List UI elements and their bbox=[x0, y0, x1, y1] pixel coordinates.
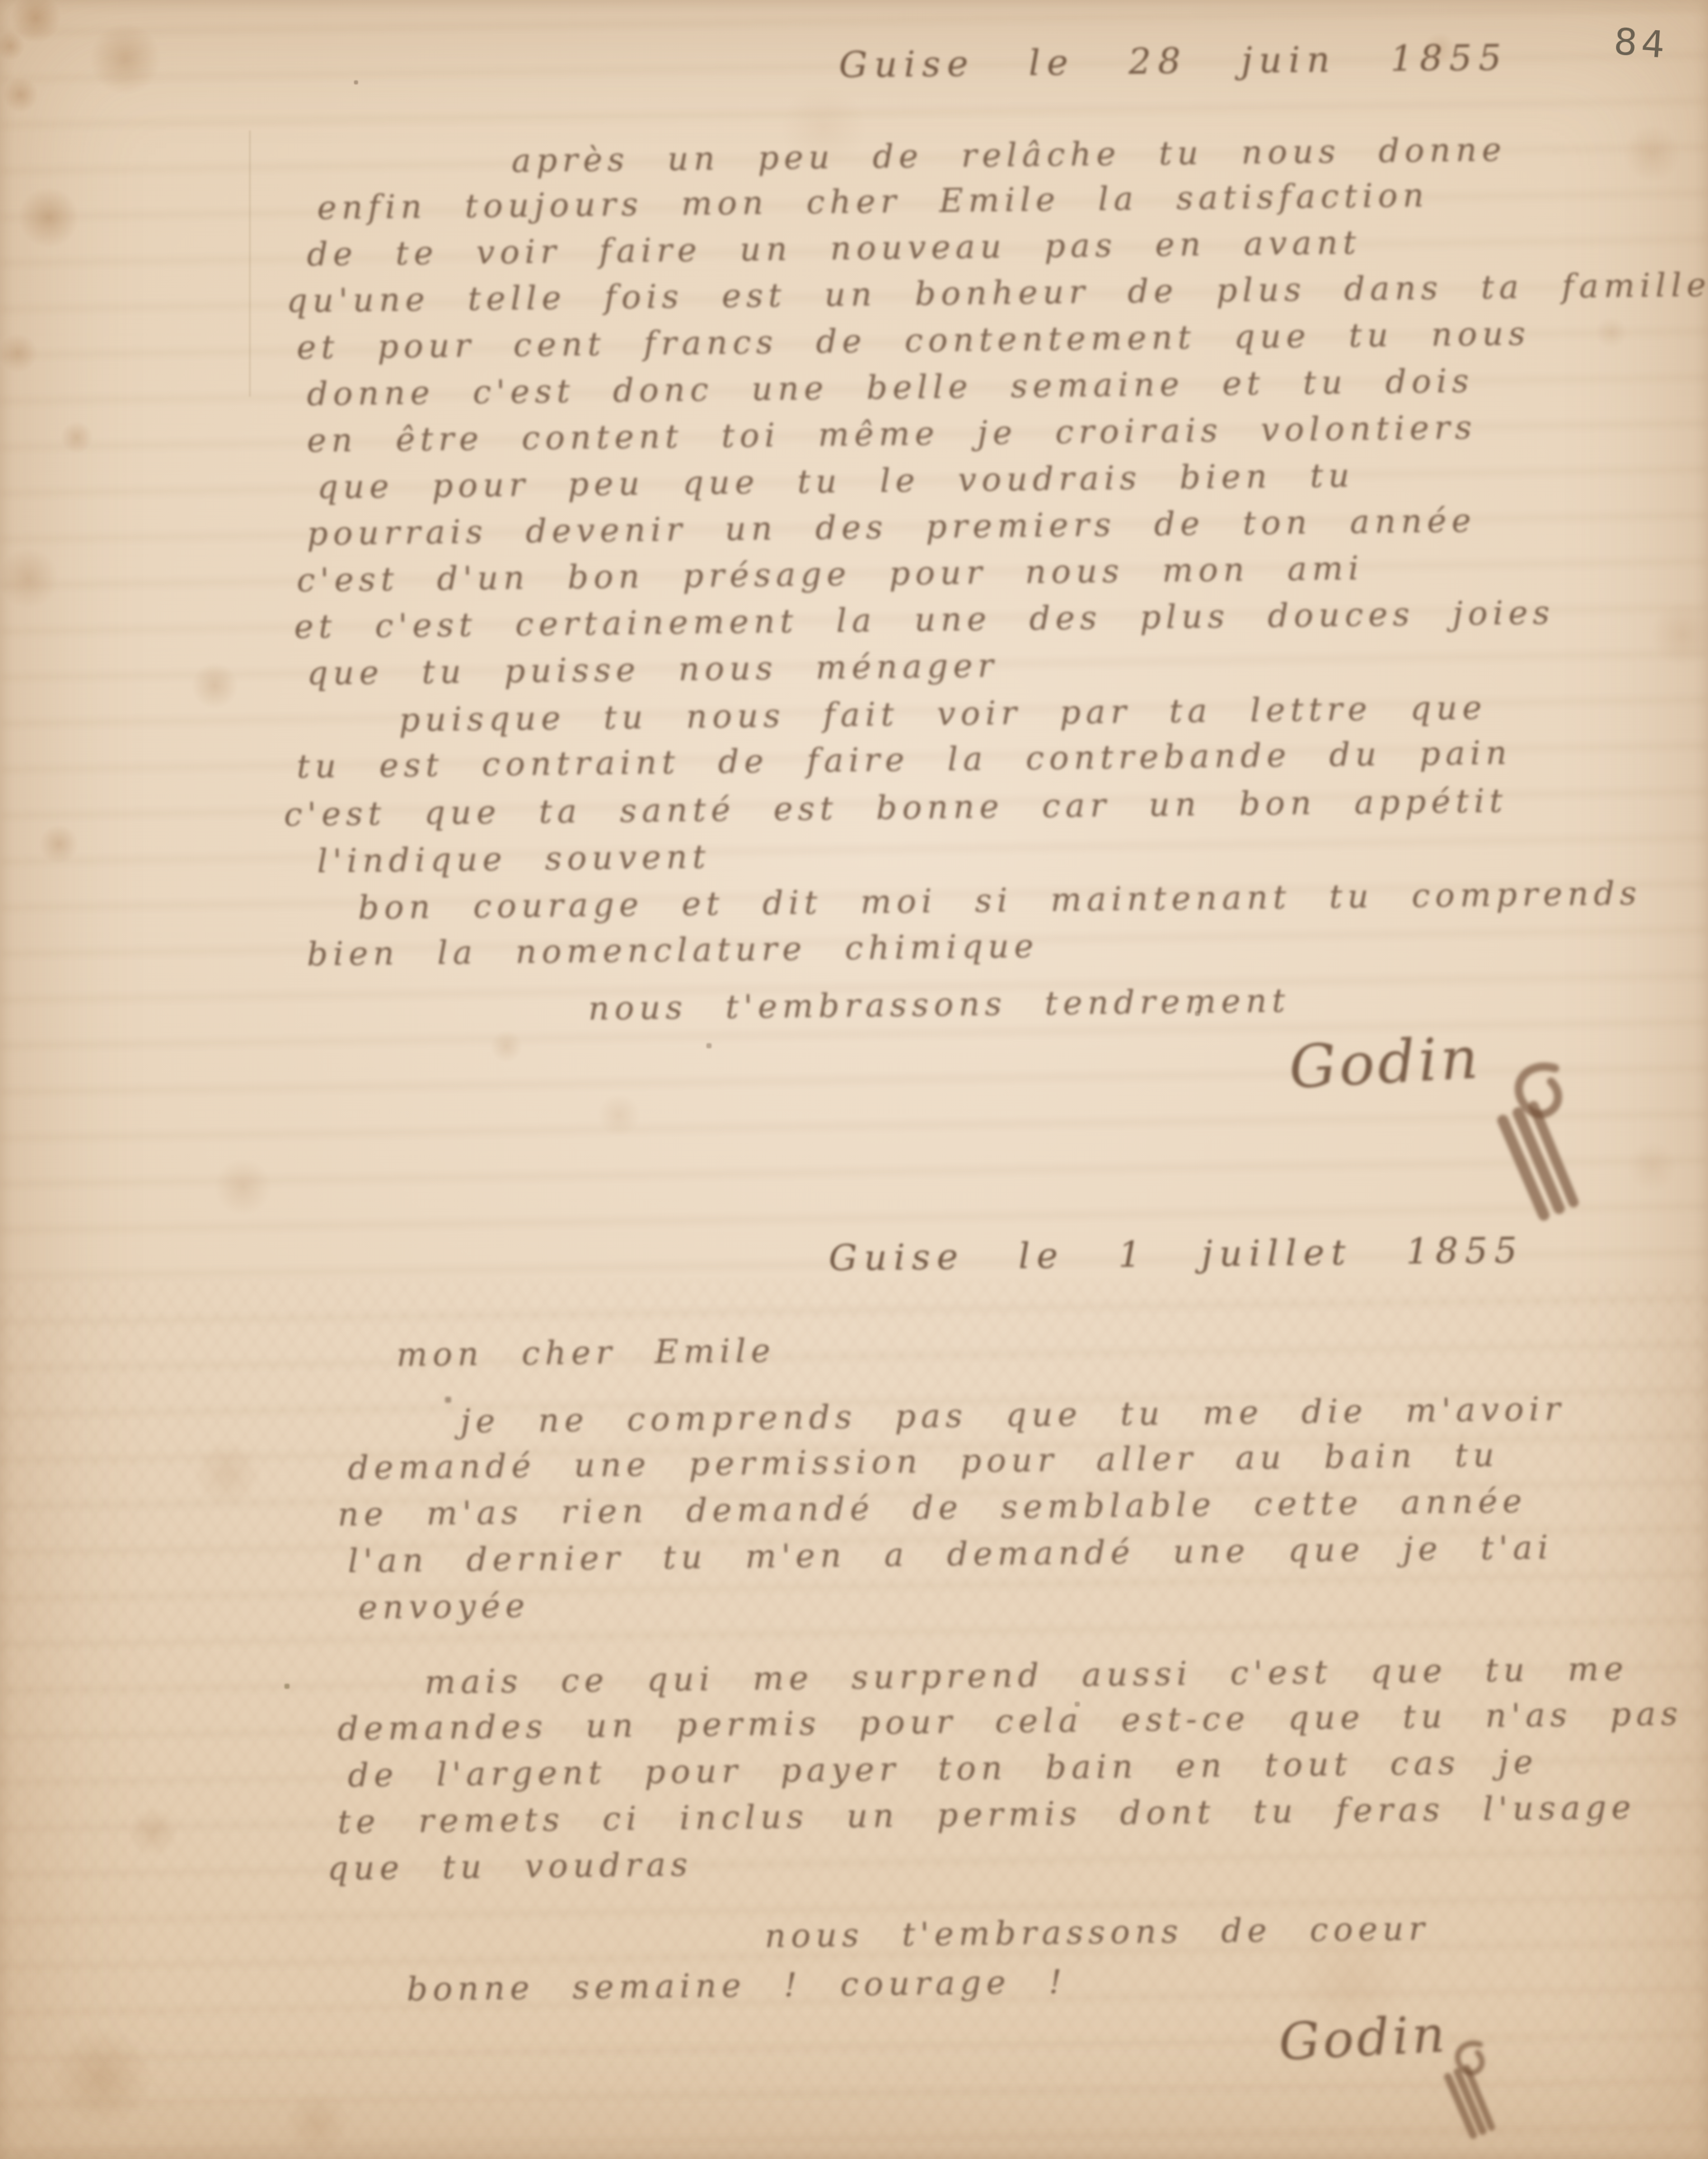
handwritten-line: envoyée bbox=[358, 1587, 530, 1627]
letter2-closing: nous t'embrassons de coeur bbox=[765, 1910, 1430, 1955]
letter1-signature: Godin bbox=[1288, 1023, 1483, 1101]
ink-specks bbox=[0, 0, 1, 1]
signature-flourish-icon bbox=[1478, 1059, 1601, 1233]
scanned-letter-page: { "page": { "folio_number": "84" }, "col… bbox=[0, 0, 1708, 2159]
folio-page-number: 84 bbox=[1612, 19, 1670, 66]
handwritten-line: l'indique souvent bbox=[317, 838, 711, 880]
signature-flourish-icon bbox=[1432, 2039, 1509, 2146]
letter2-signature: Godin bbox=[1277, 2003, 1449, 2072]
letter1-closing: nous t'embrassons tendrement bbox=[588, 982, 1291, 1028]
handwritten-line: que tu voudras bbox=[327, 1846, 693, 1888]
letter2-dateline: Guise le 1 juillet 1855 bbox=[829, 1229, 1524, 1279]
letter1-dateline: Guise le 28 juin 1855 bbox=[839, 36, 1509, 86]
paper-crease bbox=[249, 130, 251, 396]
letter2-salutation: mon cher Emile bbox=[396, 1332, 776, 1374]
letter2-postscript: bonne semaine ! courage ! bbox=[407, 1963, 1068, 2009]
handwritten-line: que tu puisse nous ménager bbox=[307, 647, 999, 693]
